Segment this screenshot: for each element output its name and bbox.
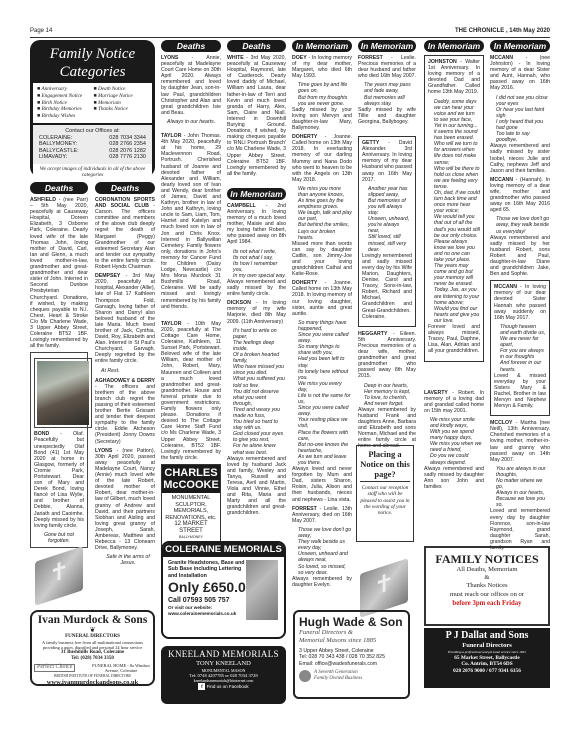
column-3: Deaths LYONS - Annie, peacefully at Made… bbox=[161, 40, 221, 553]
deaths-header: Deaths bbox=[227, 40, 286, 52]
notice-getty: GETTY - David Alexander. 3rd Anniversary… bbox=[358, 136, 416, 327]
deaths-header: Deaths bbox=[95, 182, 155, 194]
notice-mccloy: MCCLOY - Martha (nee Neill), 13th Annive… bbox=[490, 420, 550, 463]
in-memoriam-header: In Memoriam bbox=[292, 40, 352, 52]
office-row: LIMAVADY:028 7776 2130 bbox=[39, 154, 146, 161]
category-list: Anniversary Death Notice Engagement Noti… bbox=[33, 83, 152, 123]
paper-title: THE CHRONICLE , 14th May 2020 bbox=[455, 28, 550, 34]
ivan-murdock-ad: Ivan Murdock & Sons ❦ FUNERAL DIRECTORS … bbox=[30, 610, 155, 686]
crest-icon bbox=[299, 670, 311, 682]
category-item: Birth Notice bbox=[37, 100, 92, 107]
category-item: Anniversary bbox=[37, 86, 92, 93]
column-8: In Memoriam MCCANN - (nee Johnston) - In… bbox=[490, 40, 550, 554]
notice-dempsey: DEMPSEY - 3rd May 2020, peacefully at ho… bbox=[95, 273, 155, 364]
ornament-icon: ❦ bbox=[34, 627, 151, 634]
notice-bond: BOND - Olaf. Peacefully but unexpectedly… bbox=[30, 352, 88, 548]
notice-ashfield: ASHFIELD - (nee Parr) – 5th May 2020, pe… bbox=[30, 197, 88, 349]
family-notices-deadline-box: FAMILY NOTICES All Deaths, Memoriam & Th… bbox=[424, 546, 550, 626]
column-6: In Memoriam FORREST - Leslie. Precious m… bbox=[358, 40, 416, 453]
portrait-photo bbox=[34, 358, 92, 428]
page-number: Page 14 bbox=[30, 28, 52, 34]
facebook-link[interactable]: f Find us on Facebook bbox=[161, 683, 286, 690]
column-4: Deaths WHITE - 3rd May 2020, peacefully … bbox=[227, 40, 286, 520]
category-item: Memoriam bbox=[94, 100, 149, 107]
notice-mccann-1: MCCANN - (nee Johnston) - In loving memo… bbox=[490, 55, 550, 92]
facebook-icon: f bbox=[198, 683, 205, 690]
category-item: Engagement Notice bbox=[37, 93, 92, 100]
notice-doherty-2: DOHERTY - Joanne. Called home on 13th Ma… bbox=[292, 280, 352, 317]
notice-lyons-patton: LYONS - (nee Patton), 30th April 2020, p… bbox=[95, 448, 155, 552]
pj-dallat-ad: P J Dallat and Sons Funeral Directors Pr… bbox=[424, 628, 550, 688]
notice-mccann-3: MCCANN - In loving memory of our dear de… bbox=[490, 280, 550, 416]
office-row: BALLYMONEY:028 2766 2354 bbox=[39, 141, 146, 148]
notice-mccann-2: MCCANN - (Hannah). In loving memory of a… bbox=[490, 177, 550, 214]
notice-laverty: LAVERTY - Robert. In memory of a loving … bbox=[424, 390, 484, 414]
category-item: Marriage Notice bbox=[94, 93, 149, 100]
notice-forrest: FORREST - Leslie. Precious memories of a… bbox=[358, 55, 416, 79]
category-item: Birthday Memories bbox=[37, 106, 92, 113]
column-1: Deaths ASHFIELD - (nee Parr) – 5th May 2… bbox=[30, 182, 88, 604]
notice-taylor-john: TAYLOR - John Thomas. 4th May 2020, peac… bbox=[161, 133, 221, 310]
charles-mccooke-ad: CHARLESMcCOOKE MONUMENTAL SCULPTOR, MEMO… bbox=[161, 464, 221, 553]
in-memoriam-header: In Memoriam bbox=[227, 188, 286, 200]
office-row: BALLYCASTLE:028 2076 1282 bbox=[39, 148, 146, 155]
page-header: Page 14 THE CHRONICLE , 14th May 2020 bbox=[30, 28, 550, 38]
in-memoriam-header: In Memoriam bbox=[424, 40, 484, 52]
deadline-text: before 3pm each Friday bbox=[426, 599, 548, 608]
notice-doherty-1: DOHERTY - Joanne. Called home on 13th Ma… bbox=[292, 134, 352, 183]
category-item: Birthday Wishes bbox=[37, 113, 92, 120]
deaths-header: Deaths bbox=[161, 40, 221, 52]
notice-campbell: CAMPBELL - 2nd Anniversary. In loving me… bbox=[227, 203, 286, 246]
hugh-wade-ad: Hugh Wade & Son Funeral Directors & Memo… bbox=[293, 610, 410, 699]
notice-johnston: JOHNSTON - Walter 1st Anniversary. In lo… bbox=[424, 55, 484, 362]
perfect-choice-logo: Perfect Choice bbox=[34, 664, 75, 671]
deaths-header: Deaths bbox=[30, 182, 88, 194]
notice-coronation: CORONATION SPORTS AND SOCIAL CLUB - Cars… bbox=[95, 197, 155, 270]
in-memoriam-header: In Memoriam bbox=[358, 40, 416, 52]
notice-lyons: LYONS - Annie, peacefully at Madelayne C… bbox=[161, 55, 221, 116]
notice-forrest-2: FORREST - Leslie. 13th Anniversary, died… bbox=[292, 506, 352, 524]
notice-dickson: DICKSON - In loving memory of my wife Ma… bbox=[227, 300, 286, 324]
headstone-image bbox=[246, 560, 278, 620]
category-item: Thanks Notice bbox=[94, 106, 149, 113]
bible-cross-icon bbox=[35, 546, 83, 606]
office-row: COLERAINE:028 7034 3344 bbox=[39, 135, 146, 142]
placing-notice-box: Placing a Notice on this page? Contact o… bbox=[356, 445, 414, 542]
notice-white: WHITE - 3rd May 2020, peacefully at Caus… bbox=[227, 55, 286, 177]
category-item: Death Notice bbox=[94, 86, 149, 93]
in-memoriam-header: In Memoriam bbox=[490, 40, 550, 52]
notice-doey: DOEY - In loving memory of my dear mothe… bbox=[292, 55, 352, 79]
coleraine-memorials-ad: COLERAINE MEMORIALS Granite Headstones, … bbox=[161, 541, 286, 639]
family-notice-categories-box: Family Notice Categories Anniversary Dea… bbox=[30, 40, 155, 177]
categories-footer: We accept images of individuals in all o… bbox=[33, 164, 152, 181]
notice-heggarty: HEGGARTY - Eileen. 5th Anniversary. Prec… bbox=[358, 331, 416, 380]
hugh-wade-email[interactable]: Email: office@wadesfunerals.com bbox=[299, 661, 404, 667]
bible-cross-icon bbox=[360, 558, 408, 618]
column-7: In Memoriam JOHNSTON - Walter 1st Annive… bbox=[424, 40, 484, 493]
column-2: Deaths CORONATION SPORTS AND SOCIAL CLUB… bbox=[95, 182, 155, 566]
contact-offices: Contact our Offices at: COLERAINE:028 70… bbox=[33, 125, 152, 164]
notice-aghadowey: AGHADOWEY & DERRY - The officers and bre… bbox=[95, 378, 155, 445]
notice-taylor-kathleen: TAYLOR - 10th May 2020, peacefully at Th… bbox=[161, 321, 221, 461]
murdock-website-link[interactable]: www.ivanmurdockandsons.co.uk bbox=[34, 679, 151, 687]
categories-title: Family Notice Categories bbox=[33, 45, 152, 81]
kneeland-memorials-ad: KNEELAND MEMORIALS TONY KNEELAND MONUMEN… bbox=[161, 646, 286, 704]
column-5: In Memoriam DOEY - In loving memory of m… bbox=[292, 40, 352, 591]
